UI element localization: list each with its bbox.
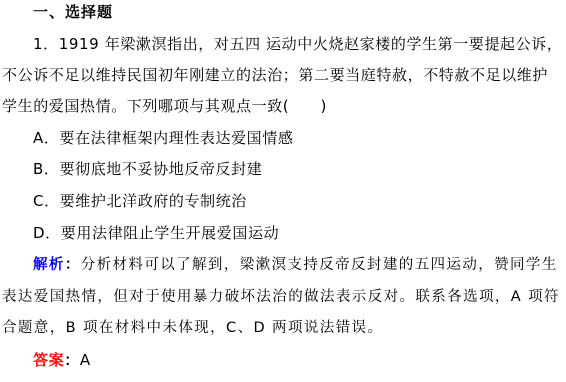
option-letter: D． [33,224,61,242]
explanation-colon: ： [65,257,81,273]
option-c: C．要维护北洋政府的专制统治 [33,191,247,211]
option-letter: C． [33,192,60,210]
option-d: D．要用法律阻止学生开展爱国运动 [33,223,279,243]
option-text: 要维护北洋政府的专制统治 [60,192,247,210]
question-number: 1． [33,35,59,53]
option-text: 要彻底地不妥协地反帝反封建 [60,160,263,178]
answer-line: 答案：A [33,350,91,370]
option-letter: A． [33,129,59,147]
answer-value: A [80,351,91,369]
question-text-1: 1919 年梁漱溟指出，对五四 运动中火烧赵家楼的学生第一要提起公诉， [59,35,563,53]
explanation-line-1: 解析：分析材料可以了解到，梁漱溟支持反帝反封建的五四运动，赞同学生 [33,255,558,275]
question-line-1: 1．1919 年梁漱溟指出，对五四 运动中火烧赵家楼的学生第一要提起公诉， [33,34,562,54]
option-letter: B． [33,160,60,178]
option-b: B．要彻底地不妥协地反帝反封建 [33,159,262,179]
question-line-3: 学生的爱国热情。下列哪项与其观点一致( ) [2,96,327,116]
answer-label: 答案 [33,351,64,369]
section-title: 一、选择题 [33,2,113,22]
option-text: 要用法律阻止学生开展爱国运动 [61,224,279,242]
explanation-text-1: 分析材料可以了解到，梁漱溟支持反帝反封建的五四运动，赞同学生 [81,257,558,273]
option-a: A．要在法律框架内理性表达爱国情感 [33,128,293,148]
explanation-label: 解析 [33,257,65,273]
question-line-2: 不公诉不足以维持民国初年刚建立的法治；第二要当庭特赦，不特赦不足以维护 [2,65,548,85]
answer-colon: ： [64,351,80,369]
option-text: 要在法律框架内理性表达爱国情感 [59,129,293,147]
explanation-line-2: 表达爱国热情，但对于使用暴力破坏法治的做法表示反对。联系各选项，A 项符 [2,287,560,307]
explanation-line-3: 合题意，B 项在材料中未体现，C、D 两项说法错误。 [2,318,383,338]
